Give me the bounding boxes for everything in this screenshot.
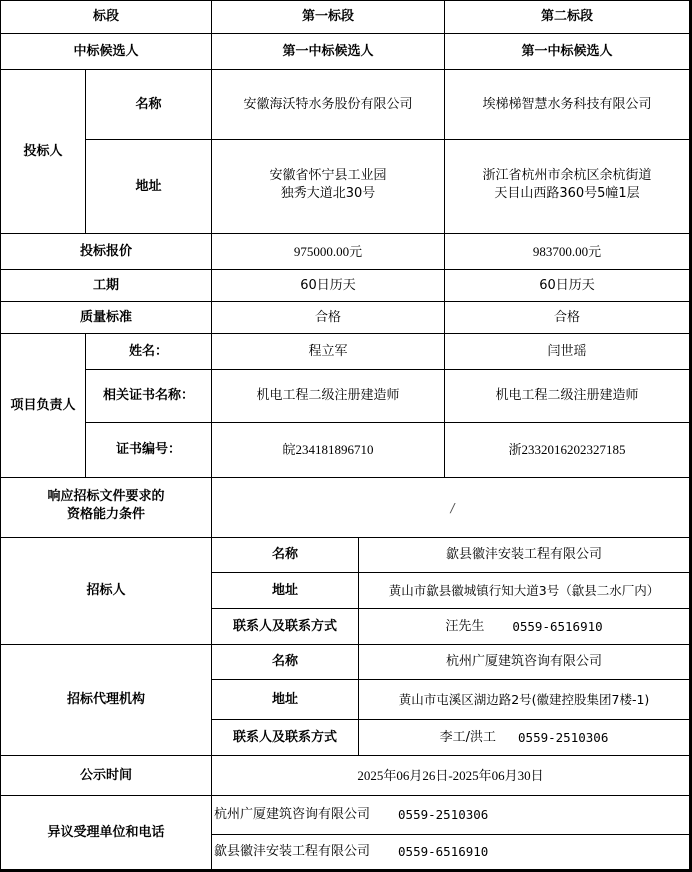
pm-name-section2: 闫世瑶 [445,334,689,369]
bidder-address-section2: 浙江省杭州市余杭区余杭街道 天目山西路360号5幢1层 [445,140,689,233]
objection-entry: 杭州广厦建筑咨询有限公司 0559-2510306 [212,796,689,834]
qualification-label: 响应招标文件要求的 资格能力条件 [1,478,211,537]
bid-price-label: 投标报价 [1,234,211,269]
agency-address: 黄山市屯溪区湖边路2号(徽建控股集团7楼-1) [359,680,689,719]
quality-section2: 合格 [445,302,689,333]
publicity-label: 公示时间 [1,756,211,795]
candidate-section1: 第一中标候选人 [212,34,444,69]
agency-contact-person: 李工/洪工 [440,729,496,747]
agency-contact-phone: 0559-2510306 [518,729,608,747]
pm-cert-name-label: 相关证书名称： [86,370,211,422]
candidate-section2: 第一中标候选人 [445,34,689,69]
bid-result-table: 标段 第一标段 第二标段 中标候选人 第一中标候选人 第一中标候选人 投标人 名… [0,0,692,872]
duration-section1: 60日历天 [212,270,444,301]
qualification-label-line: 响应招标文件要求的 [47,488,164,506]
header-section-label: 标段 [1,1,211,33]
quality-section1: 合格 [212,302,444,333]
address-line: 安徽省怀宁县工业园 [269,167,386,185]
agency-label: 招标代理机构 [1,645,211,755]
quality-label: 质量标准 [1,302,211,333]
duration-label: 工期 [1,270,211,301]
bidder-address-label: 地址 [86,140,211,233]
objection-phone: 0559-6516910 [398,843,488,861]
tenderer-address: 黄山市歙县徽城镇行知大道3号（歙县二水厂内） [359,573,689,608]
tenderer-contact: 汪先生 0559-6516910 [359,609,689,644]
tenderer-contact-label: 联系人及联系方式 [212,609,358,644]
duration-section2: 60日历天 [445,270,689,301]
bidder-name-section2: 埃梯梯智慧水务科技有限公司 [445,70,689,139]
objection-unit: 歙县徽沣安装工程有限公司 [214,843,370,861]
address-line: 天目山西路360号5幢1层 [494,185,639,203]
qualification-value: / [212,478,689,537]
tenderer-label: 招标人 [1,538,211,644]
tenderer-name: 歙县徽沣安装工程有限公司 [359,538,689,572]
tenderer-contact-phone: 0559-6516910 [512,618,602,636]
qualification-label-line: 资格能力条件 [67,506,145,524]
header-section1: 第一标段 [212,1,444,33]
tenderer-contact-person: 汪先生 [445,618,484,636]
pm-name-section1: 程立军 [212,334,444,369]
tenderer-address-label: 地址 [212,573,358,608]
bidder-name-label: 名称 [86,70,211,139]
agency-name: 杭州广厦建筑咨询有限公司 [359,645,689,679]
objection-unit: 杭州广厦建筑咨询有限公司 [214,806,370,824]
pm-name-label: 姓名： [86,334,211,369]
objection-phone: 0559-2510306 [398,806,488,824]
agency-address-label: 地址 [212,680,358,719]
agency-contact: 李工/洪工 0559-2510306 [359,720,689,755]
bid-price-section1: 975000.00元 [212,234,444,269]
bidder-label: 投标人 [1,70,85,233]
objection-label: 异议受理单位和电话 [1,796,211,869]
publicity-value: 2025年06月26日-2025年06月30日 [212,756,689,795]
pm-cert-no-section1: 皖234181896710 [212,423,444,477]
project-manager-label: 项目负责人 [1,334,85,477]
address-line: 独秀大道北30号 [281,185,376,203]
header-section2: 第二标段 [445,1,689,33]
objection-entry: 歙县徽沣安装工程有限公司 0559-6516910 [212,835,689,869]
pm-cert-name-section1: 机电工程二级注册建造师 [212,370,444,422]
candidate-label: 中标候选人 [1,34,211,69]
address-line: 浙江省杭州市余杭区余杭街道 [482,167,651,185]
agency-contact-label: 联系人及联系方式 [212,720,358,755]
pm-cert-no-label: 证书编号： [86,423,211,477]
tenderer-name-label: 名称 [212,538,358,572]
pm-cert-no-section2: 浙2332016202327185 [445,423,689,477]
agency-name-label: 名称 [212,645,358,679]
bidder-address-section1: 安徽省怀宁县工业园 独秀大道北30号 [212,140,444,233]
bidder-name-section1: 安徽海沃特水务股份有限公司 [212,70,444,139]
bid-price-section2: 983700.00元 [445,234,689,269]
pm-cert-name-section2: 机电工程二级注册建造师 [445,370,689,422]
